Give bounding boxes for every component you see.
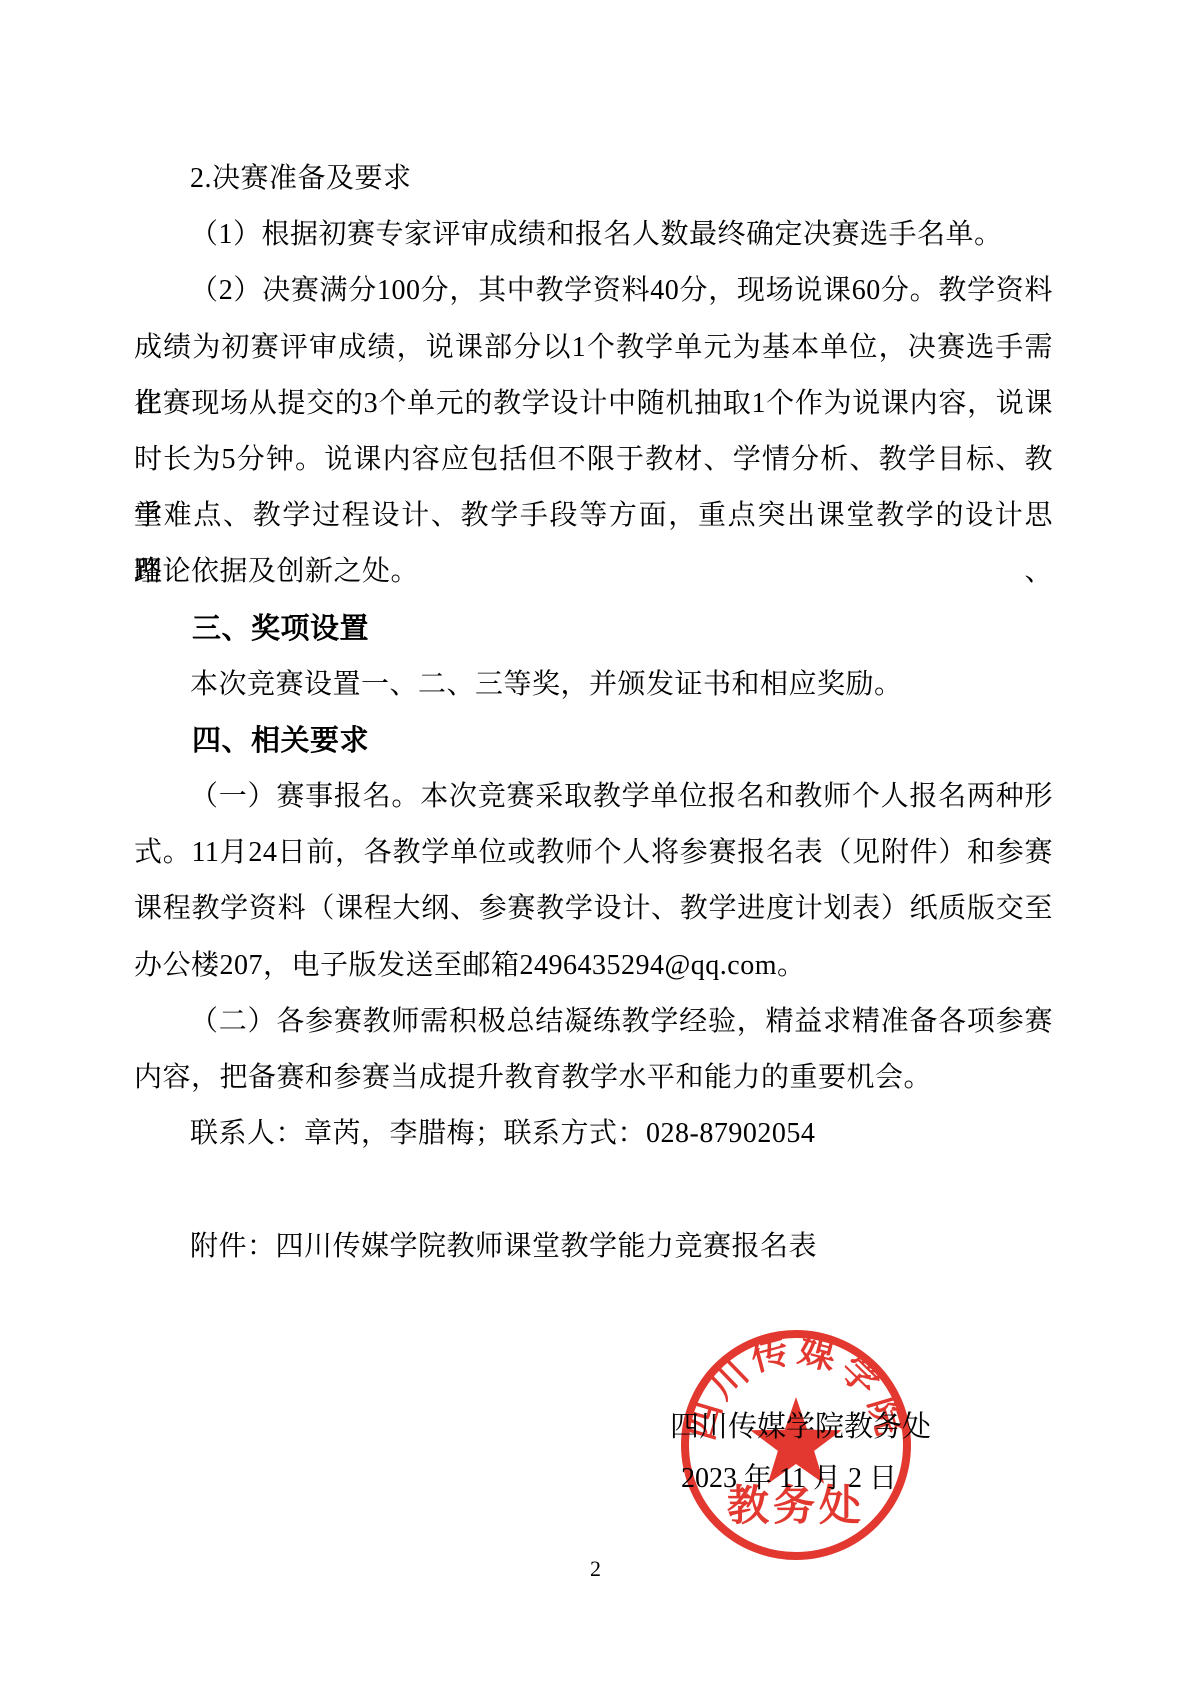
- signature-name: 四川传媒学院教务处: [670, 1410, 931, 1444]
- body-line: （一）赛事报名。本次竞赛采取教学单位报名和教师个人报名两种形: [134, 769, 1053, 825]
- body-line: 内容，把备赛和参赛当成提升教育教学水平和能力的重要机会。: [134, 1050, 1053, 1106]
- document-body: 2.决赛准备及要求 （1）根据初赛专家评审成绩和报名人数最终确定决赛选手名单。 …: [134, 151, 1053, 1275]
- body-line: 比赛现场从提交的3个单元的教学设计中随机抽取1个作为说课内容，说课: [134, 376, 1053, 432]
- body-line: （2）决赛满分100分，其中教学资料40分，现场说课60分。教学资料: [134, 263, 1053, 319]
- body-line: 2.决赛准备及要求: [134, 151, 1053, 207]
- section-heading: 四、相关要求: [134, 713, 1053, 769]
- attachment-line: 附件：四川传媒学院教师课堂教学能力竞赛报名表: [134, 1219, 1053, 1275]
- body-line: 式。11月24日前，各教学单位或教师个人将参赛报名表（见附件）和参赛: [134, 825, 1053, 881]
- body-line: 本次竞赛设置一、二、三等奖，并颁发证书和相应奖励。: [134, 657, 1053, 713]
- body-line: （二）各参赛教师需积极总结凝练教学经验，精益求精准备各项参赛: [134, 994, 1053, 1050]
- body-line: 办公楼207，电子版发送至邮箱2496435294@qq.com。: [134, 938, 1053, 994]
- page-number: 2: [0, 1556, 1191, 1582]
- document-page: 2.决赛准备及要求 （1）根据初赛专家评审成绩和报名人数最终确定决赛选手名单。 …: [0, 0, 1191, 1684]
- body-line: 课程教学资料（课程大纲、参赛教学设计、教学进度计划表）纸质版交至: [134, 881, 1053, 937]
- body-line: 成绩为初赛评审成绩，说课部分以1个教学单元为基本单位，决赛选手需在: [134, 320, 1053, 376]
- signature-date: 2023 年 11 月 2 日: [681, 1462, 897, 1496]
- contact-line: 联系人：章芮，李腊梅；联系方式：028-87902054: [134, 1106, 1053, 1162]
- official-seal: 四川传媒学院 教务处: [671, 1320, 921, 1570]
- body-line: 重难点、教学过程设计、教学手段等方面，重点突出课堂教学的设计思路、: [134, 488, 1053, 544]
- section-heading: 三、奖项设置: [134, 601, 1053, 657]
- body-line: （1）根据初赛专家评审成绩和报名人数最终确定决赛选手名单。: [134, 207, 1053, 263]
- body-line: 时长为5分钟。说课内容应包括但不限于教材、学情分析、教学目标、教学: [134, 432, 1053, 488]
